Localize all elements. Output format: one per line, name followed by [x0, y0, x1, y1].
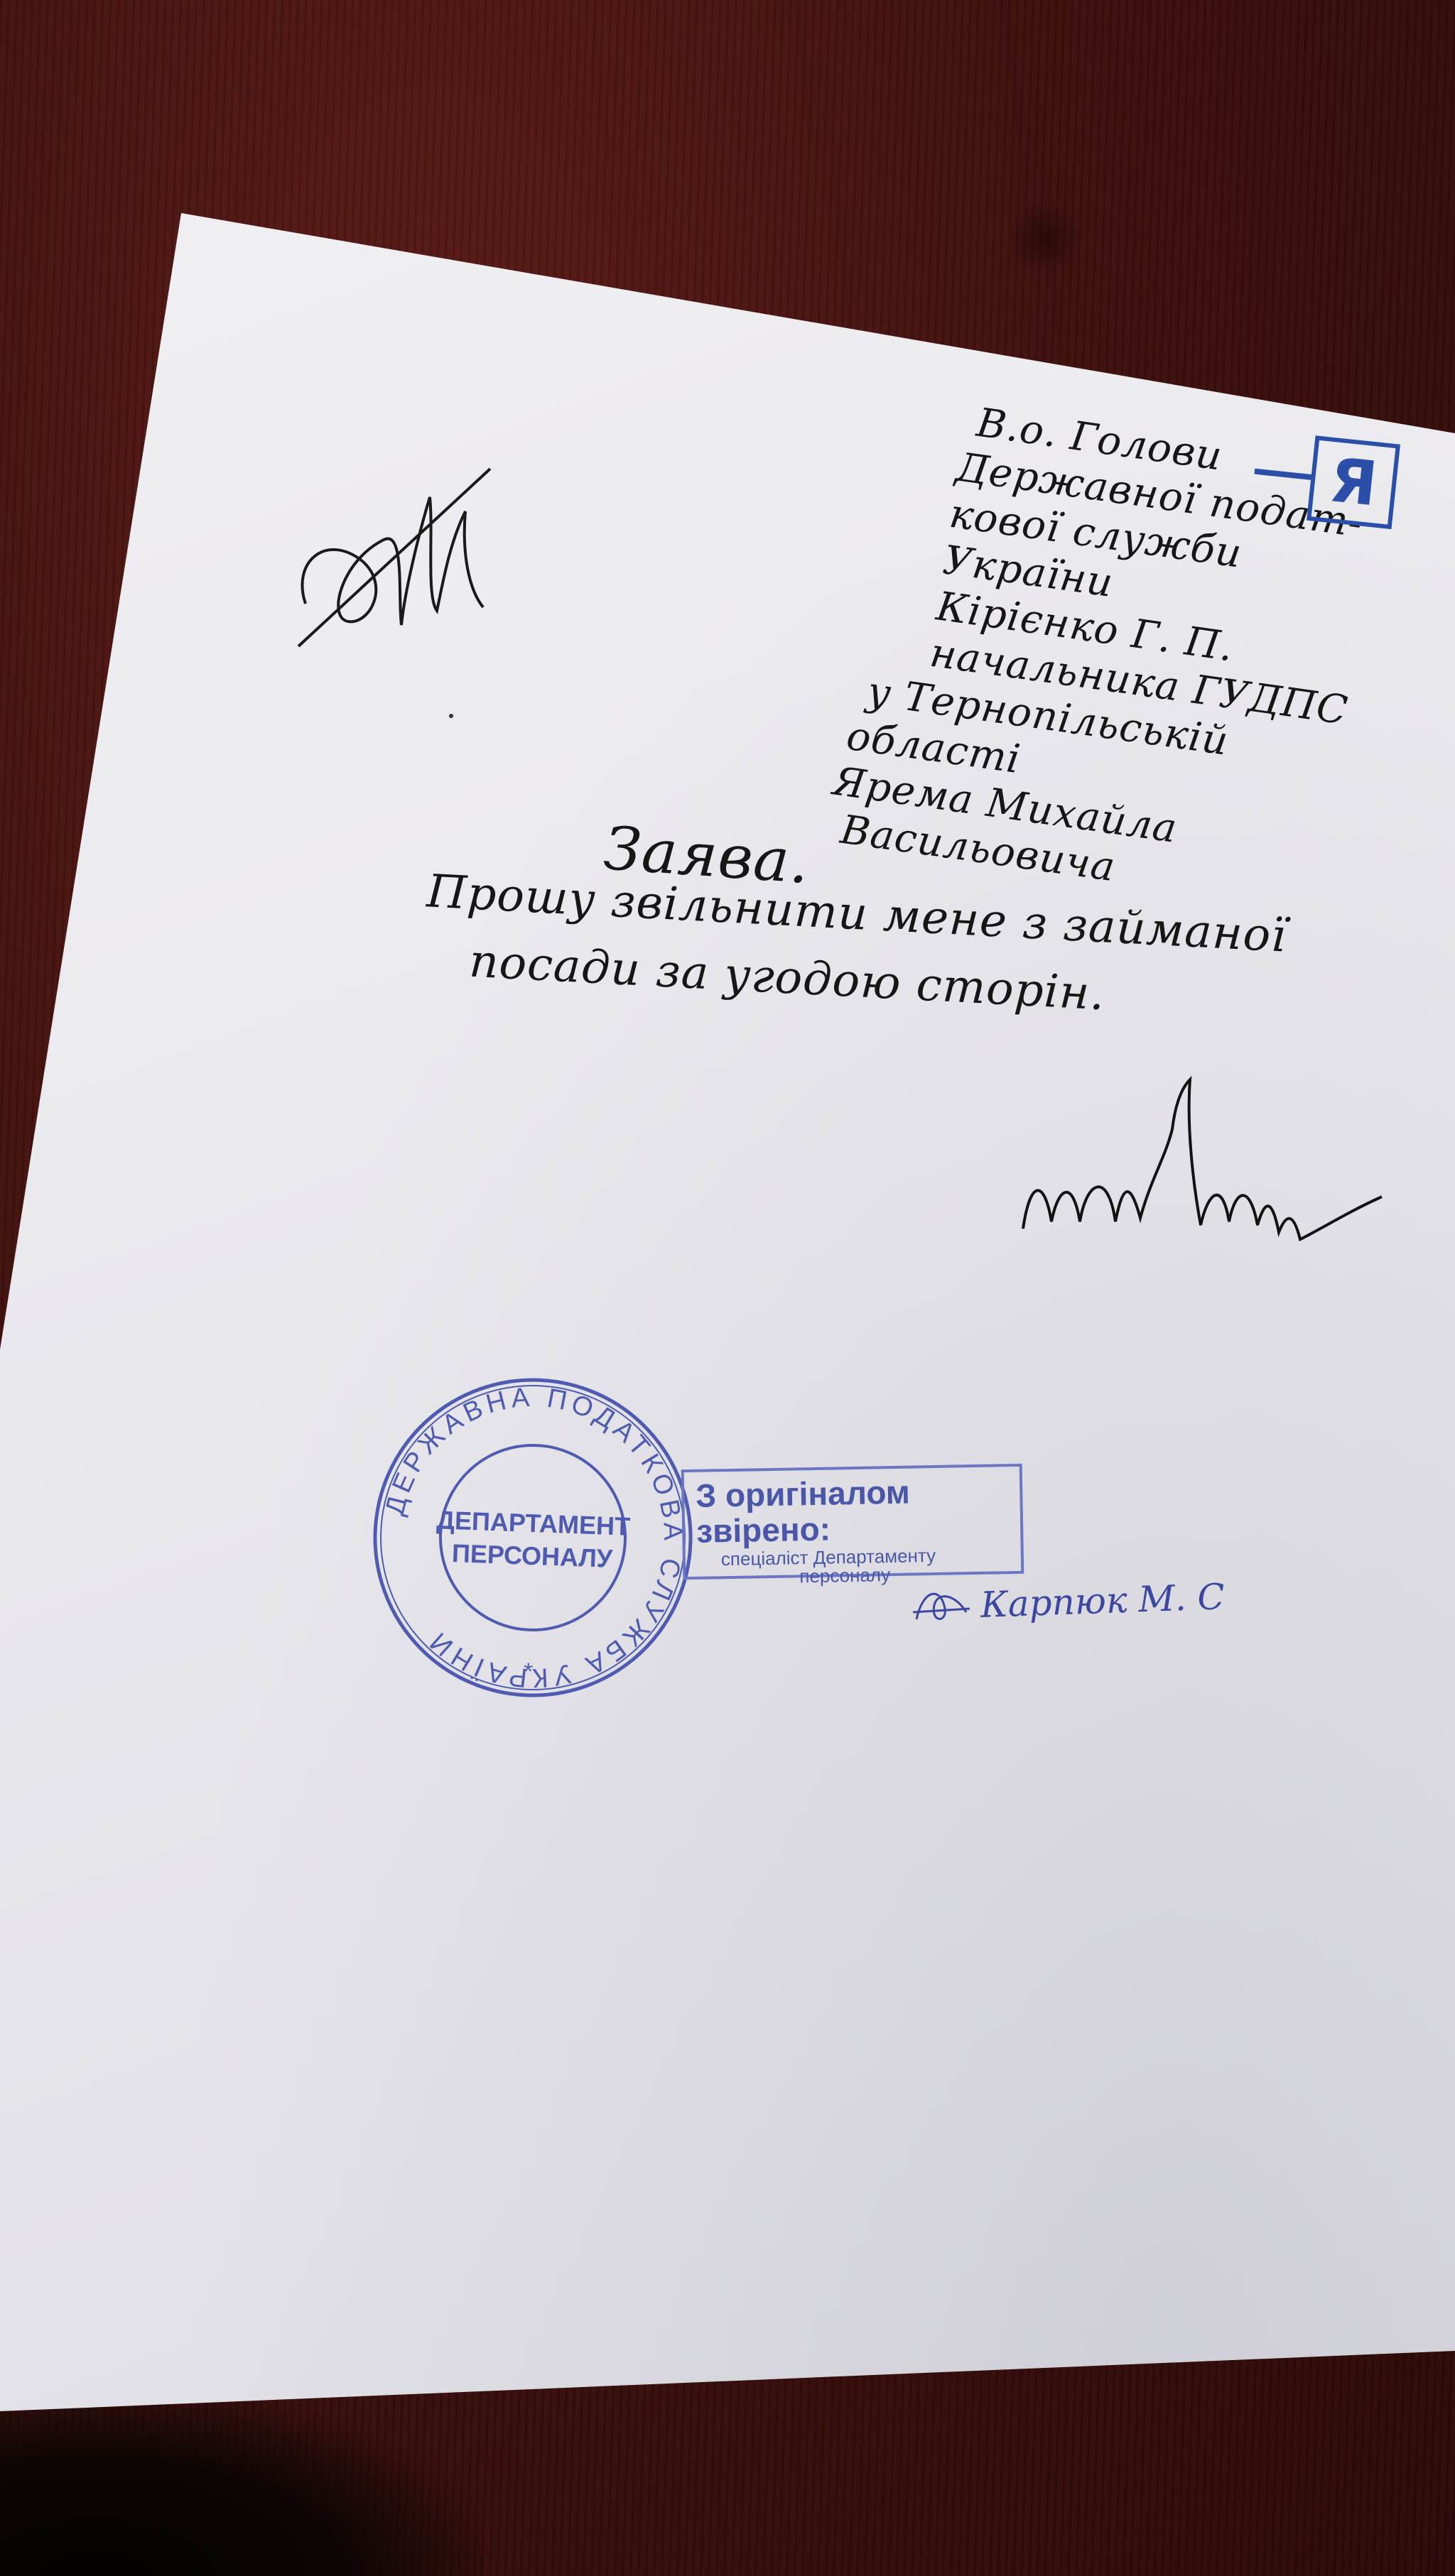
seal-star-icon: *: [523, 1658, 534, 1685]
logo-bar: [1254, 469, 1314, 481]
verifier-name: Карпюк М. С: [980, 1576, 1226, 1626]
stamp-line-2: звірено:: [696, 1510, 831, 1550]
resolution-signature-icon: [284, 455, 497, 661]
ink-dot: [449, 714, 453, 718]
logo: Я: [1250, 430, 1400, 533]
stamp-line-1: З оригіналом: [696, 1473, 910, 1515]
verifier-signature-icon: [913, 1580, 970, 1630]
seal-center-line: ПЕРСОНАЛУ: [451, 1538, 613, 1573]
applicant-signature-icon: [1016, 1072, 1385, 1271]
seal-center-line: ДЕПАРТАМЕНТ: [436, 1505, 631, 1540]
document-sheet: В.о. Голови Державної подат- кової служб…: [0, 0, 1455, 2576]
stamp-line-4: персоналу: [799, 1564, 890, 1587]
desk-mark: [1005, 202, 1083, 273]
logo-letter-icon: Я: [1307, 435, 1400, 529]
paper-shading: [0, 0, 1455, 2576]
certification-stamp: З оригіналом звірено: спеціаліст Департа…: [681, 1464, 1024, 1580]
shadow-corner: [0, 2391, 483, 2576]
department-seal-icon: ДЕРЖАВНА ПОДАТКОВА СЛУЖБА УКРАЇНИ ДЕПАРТ…: [364, 1369, 702, 1707]
